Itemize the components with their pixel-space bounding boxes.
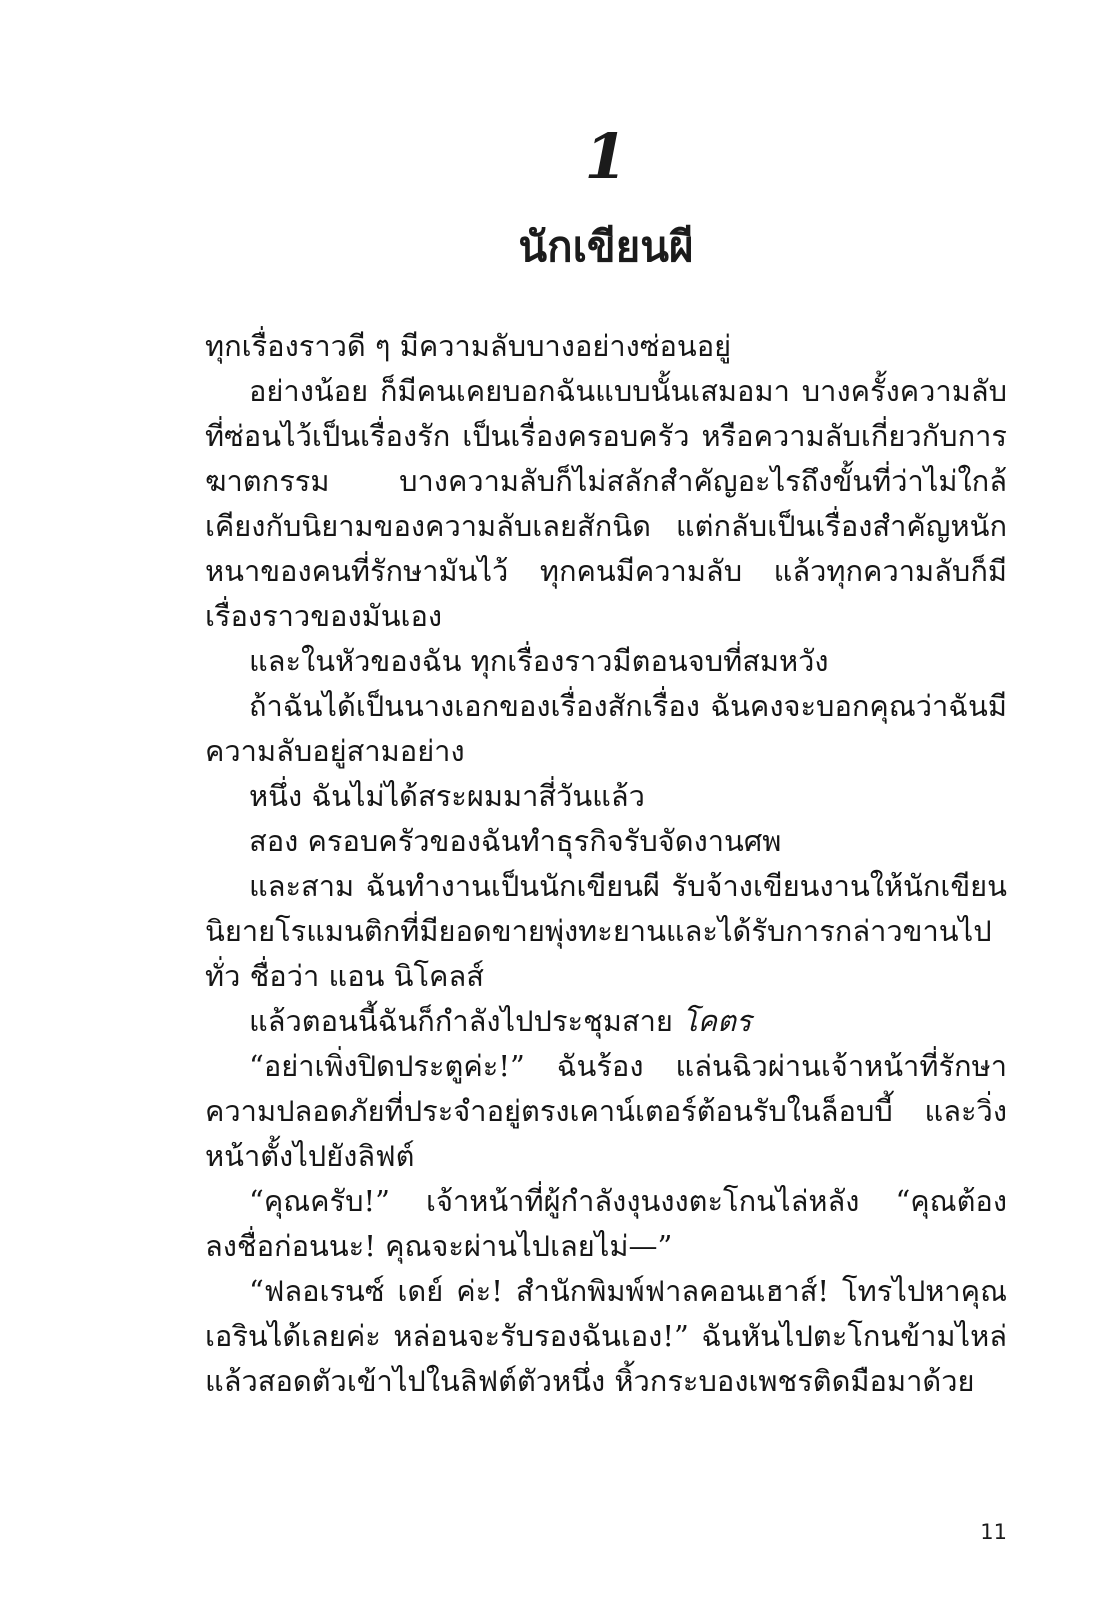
- text-segment: หนึ่ง ฉันไม่ได้สระผมมาสี่วันแล้ว: [249, 779, 645, 813]
- body-text: ทุกเรื่องราวดี ๆ มีความลับบางอย่างซ่อนอย…: [205, 324, 1007, 1404]
- text-segment: สอง ครอบครัวของฉันทำธุรกิจรับจัดงานศพ: [249, 824, 781, 858]
- text-segment: และในหัวของฉัน ทุกเรื่องราวมีตอนจบที่สมห…: [249, 644, 829, 678]
- text-segment: “คุณครับ!” เจ้าหน้าที่ผู้กำลังงุนงงตะโกน…: [205, 1184, 1007, 1263]
- paragraph: หนึ่ง ฉันไม่ได้สระผมมาสี่วันแล้ว: [205, 774, 1007, 819]
- text-segment: ถ้าฉันได้เป็นนางเอกของเรื่องสักเรื่อง ฉั…: [205, 689, 1007, 768]
- paragraph: “คุณครับ!” เจ้าหน้าที่ผู้กำลังงุนงงตะโกน…: [205, 1179, 1007, 1269]
- paragraph: “อย่าเพิ่งปิดประตูค่ะ!” ฉันร้อง แล่นฉิวผ…: [205, 1044, 1007, 1179]
- paragraph: อย่างน้อย ก็มีคนเคยบอกฉันแบบนั้นเสมอมา บ…: [205, 369, 1007, 639]
- page-number: 11: [980, 1520, 1007, 1544]
- paragraph: ทุกเรื่องราวดี ๆ มีความลับบางอย่างซ่อนอย…: [205, 324, 1007, 369]
- text-segment: และสาม ฉันทำงานเป็นนักเขียนผี รับจ้างเขี…: [205, 869, 1007, 993]
- paragraph: แล้วตอนนี้ฉันก็กำลังไปประชุมสาย โคตร: [205, 999, 1007, 1044]
- paragraph: ถ้าฉันได้เป็นนางเอกของเรื่องสักเรื่อง ฉั…: [205, 684, 1007, 774]
- text-segment: อย่างน้อย ก็มีคนเคยบอกฉันแบบนั้นเสมอมา บ…: [205, 374, 1007, 633]
- book-page: 1 นักเขียนผี ทุกเรื่องราวดี ๆ มีความลับบ…: [0, 0, 1109, 1621]
- chapter-number: 1: [205, 118, 1007, 196]
- text-segment: ทุกเรื่องราวดี ๆ มีความลับบางอย่างซ่อนอย…: [205, 329, 731, 363]
- text-segment: “ฟลอเรนซ์ เดย์ ค่ะ! สำนักพิมพ์ฟาลคอนเฮาส…: [205, 1274, 1007, 1398]
- paragraph: และสาม ฉันทำงานเป็นนักเขียนผี รับจ้างเขี…: [205, 864, 1007, 999]
- chapter-title: นักเขียนผี: [205, 222, 1007, 272]
- paragraph: “ฟลอเรนซ์ เดย์ ค่ะ! สำนักพิมพ์ฟาลคอนเฮาส…: [205, 1269, 1007, 1404]
- text-segment: “อย่าเพิ่งปิดประตูค่ะ!” ฉันร้อง แล่นฉิวผ…: [205, 1049, 1007, 1173]
- text-column: 1 นักเขียนผี ทุกเรื่องราวดี ๆ มีความลับบ…: [205, 0, 1007, 1404]
- text-segment: แล้วตอนนี้ฉันก็กำลังไปประชุมสาย: [249, 1004, 682, 1038]
- paragraph: และในหัวของฉัน ทุกเรื่องราวมีตอนจบที่สมห…: [205, 639, 1007, 684]
- paragraph: สอง ครอบครัวของฉันทำธุรกิจรับจัดงานศพ: [205, 819, 1007, 864]
- italic-text: โคตร: [682, 1004, 751, 1038]
